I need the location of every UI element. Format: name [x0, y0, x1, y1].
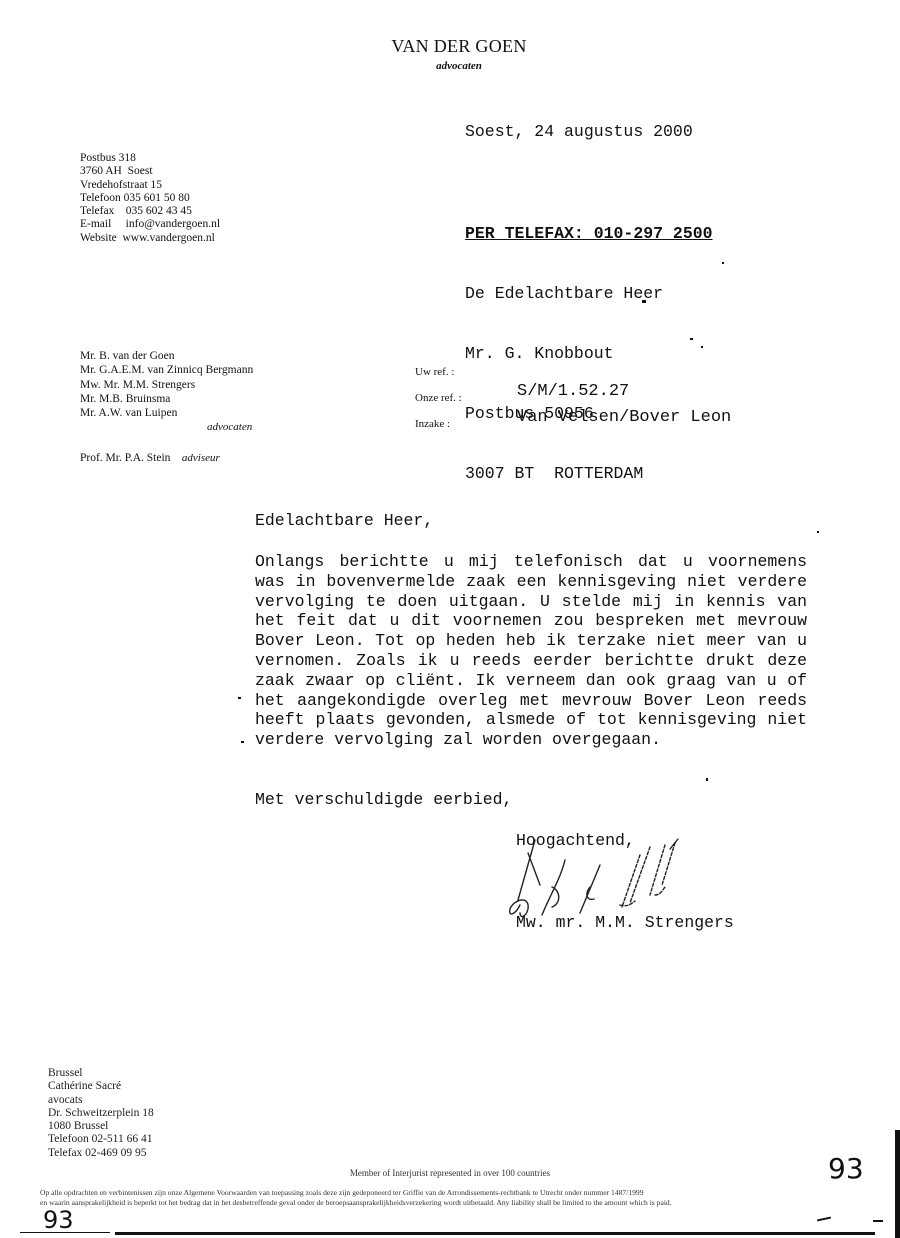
office-email: E-mail info@vandergoen.nl	[80, 218, 220, 231]
branch-office: Brussel Cathérine Sacré avocats Dr. Schw…	[48, 1067, 154, 1160]
salutation: Edelachtbare Heer,	[255, 511, 433, 530]
fax-line: PER TELEFAX: 010-297 2500	[465, 224, 713, 244]
ref-value: Van Velsen/Bover Leon	[517, 408, 731, 427]
office-website: Website www.vandergoen.nl	[80, 232, 220, 245]
handwritten-page-number: 93	[828, 1152, 864, 1185]
letter-body: Onlangs berichtte u mij telefonisch dat …	[255, 552, 807, 750]
office-address: Postbus 318 3760 AH Soest Vredehofstraat…	[80, 152, 220, 245]
ref-row-onze: Onze ref. : S/M/1.52.27	[415, 388, 515, 414]
scan-edge	[895, 1130, 900, 1238]
firm-name: VAN DER GOEN	[0, 36, 900, 57]
scan-speck	[873, 1220, 883, 1222]
scan-speck	[238, 697, 241, 699]
partner-name: Mr. G.A.E.M. van Zinnicq Bergmann	[80, 363, 253, 377]
references: Uw ref. : Onze ref. : S/M/1.52.27 Inzake…	[415, 362, 515, 440]
closing: Met verschuldigde eerbied,	[255, 790, 512, 809]
branch-line: Cathérine Sacré	[48, 1080, 154, 1093]
office-line: Postbus 318	[80, 152, 220, 165]
scan-speck	[706, 778, 708, 781]
scan-speck	[690, 338, 693, 340]
office-fax: Telefax 035 602 43 45	[80, 205, 220, 218]
signer-name: Mw. mr. M.M. Strengers	[516, 913, 734, 932]
branch-line: 1080 Brussel	[48, 1120, 154, 1133]
branch-phone: Telefoon 02-511 66 41	[48, 1133, 154, 1146]
partner-name: Mr. B. van der Goen	[80, 349, 253, 363]
partner-name: Mr. M.B. Bruinsma	[80, 392, 253, 406]
branch-line: Brussel	[48, 1067, 154, 1080]
terms-line: Op alle opdrachten en verbintenissen zij…	[40, 1188, 862, 1198]
branch-fax: Telefax 02-469 09 95	[48, 1147, 154, 1160]
scan-rule	[115, 1232, 875, 1235]
ref-label: Uw ref. :	[415, 366, 515, 378]
scan-rule	[20, 1232, 110, 1233]
recipient-block: PER TELEFAX: 010-297 2500 De Edelachtbar…	[465, 184, 713, 504]
ref-label: Onze ref. :	[415, 392, 515, 404]
partners-list: Mr. B. van der Goen Mr. G.A.E.M. van Zin…	[80, 349, 253, 465]
handwritten-page-number: 93	[43, 1206, 74, 1234]
terms-text: Op alle opdrachten en verbintenissen zij…	[40, 1188, 862, 1208]
scan-speck	[241, 741, 244, 743]
office-line: 3760 AH Soest	[80, 165, 220, 178]
scan-speck	[817, 531, 819, 533]
recipient-line: Mr. G. Knobbout	[465, 344, 713, 364]
scan-speck	[722, 262, 724, 264]
branch-line: Dr. Schweitzerplein 18	[48, 1107, 154, 1120]
ref-row-uw: Uw ref. :	[415, 362, 515, 388]
partner-name: Mr. A.W. van Luipen	[80, 406, 253, 420]
branch-line: avocats	[48, 1094, 154, 1107]
office-phone: Telefoon 035 601 50 80	[80, 192, 220, 205]
adviser-name: Prof. Mr. P.A. Stein	[80, 452, 170, 464]
member-line: Member of Interjurist represented in ove…	[0, 1168, 900, 1178]
recipient-line: De Edelachtbare Heer	[465, 284, 713, 304]
firm-subtitle: advocaten	[0, 60, 900, 72]
ref-value: S/M/1.52.27	[517, 382, 629, 401]
office-line: Vredehofstraat 15	[80, 179, 220, 192]
recipient-line: 3007 BT ROTTERDAM	[465, 464, 713, 484]
scan-speck	[701, 346, 703, 348]
partner-name: Mw. Mr. M.M. Strengers	[80, 378, 253, 392]
ref-row-inzake: Inzake : Van Velsen/Bover Leon	[415, 414, 515, 440]
letter-date: Soest, 24 augustus 2000	[465, 122, 693, 141]
terms-line: en waarin aansprakelijkheid is beperkt t…	[40, 1198, 862, 1208]
partners-role: advocaten	[80, 420, 253, 434]
signature-icon	[490, 825, 710, 925]
adviser-role: adviseur	[182, 452, 220, 464]
scan-speck	[642, 300, 646, 303]
ref-label: Inzake :	[415, 418, 515, 430]
scan-speck	[817, 1217, 831, 1222]
adviser: Prof. Mr. P.A. Stein adviseur	[80, 451, 253, 465]
